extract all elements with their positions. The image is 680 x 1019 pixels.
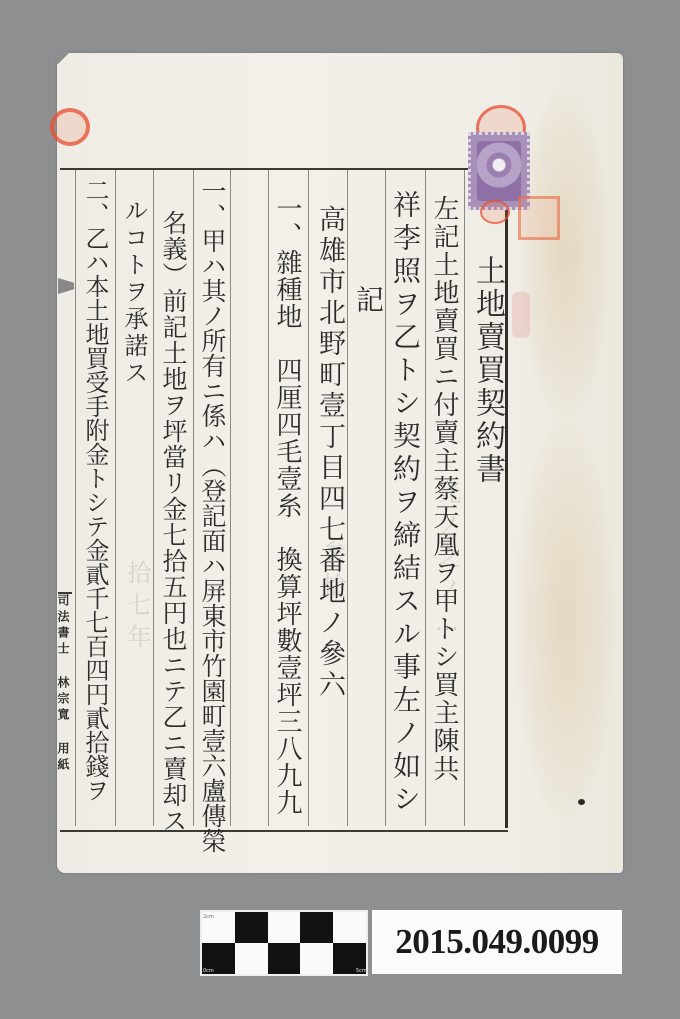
text-column-1: 左記土地賣買ニ付賣主蔡天凰ヲ甲トシ買主陳共	[428, 195, 460, 783]
scale-label-top: 2cm	[203, 914, 214, 920]
document-title: 土地賣買契約書	[468, 255, 506, 486]
column-rule	[385, 170, 386, 826]
torn-corner	[56, 52, 70, 66]
red-seal-square	[518, 196, 560, 240]
text-column-clause1: 一、甲ハ其ノ所有ニ係ハ（登記面ハ屏東市竹園町壹六盧傳榮	[196, 178, 228, 853]
red-seal-left-edge	[50, 108, 90, 146]
column-rule	[230, 170, 231, 826]
faded-seal-mark	[512, 292, 530, 338]
show-through-text: 拾七年	[120, 560, 155, 656]
text-column-clause2: 二、乙ハ本土地買受手附金トシテ金貳千七百四円貳拾錢ヲ	[79, 178, 111, 802]
column-rule	[425, 170, 426, 826]
column-rule	[115, 170, 116, 826]
scale-label-left: 0cm	[203, 968, 214, 974]
ink-spot	[578, 799, 585, 805]
text-column-clause1b: 名義）前記土地ヲ坪當リ金七拾五円也ニテ乙ニ賣却ス	[157, 210, 189, 834]
water-stain	[520, 90, 610, 420]
color-scale-bar	[200, 910, 368, 976]
column-rule	[193, 170, 194, 826]
accession-number: 2015.049.0099	[395, 922, 599, 962]
text-column-clause1c: ルコトヲ承諾ス	[119, 198, 149, 387]
accession-number-label: 2015.049.0099	[372, 910, 622, 974]
column-rule	[268, 170, 269, 826]
column-rule	[75, 170, 76, 826]
stamp-emblem-icon	[477, 141, 521, 201]
printed-form-label: 司法書士 林宗寬 用紙	[58, 592, 72, 822]
text-column-land: 一、雜種地 四厘四毛壹糸 換算坪數壹坪三八九九	[271, 195, 303, 816]
section-heading-ki: 記	[350, 285, 386, 316]
water-stain	[515, 420, 615, 820]
column-rule	[153, 170, 154, 826]
column-rule	[347, 170, 348, 826]
red-seal-overlap	[480, 200, 510, 224]
column-rule	[308, 170, 309, 826]
text-column-2: 祥李照ヲ乙トシ契約ヲ締結スル事左ノ如シ	[388, 190, 422, 817]
text-column-address: 高雄市北野町壹丁目四七番地ノ參六	[311, 205, 347, 701]
scale-label-right: 5cm	[356, 968, 367, 974]
